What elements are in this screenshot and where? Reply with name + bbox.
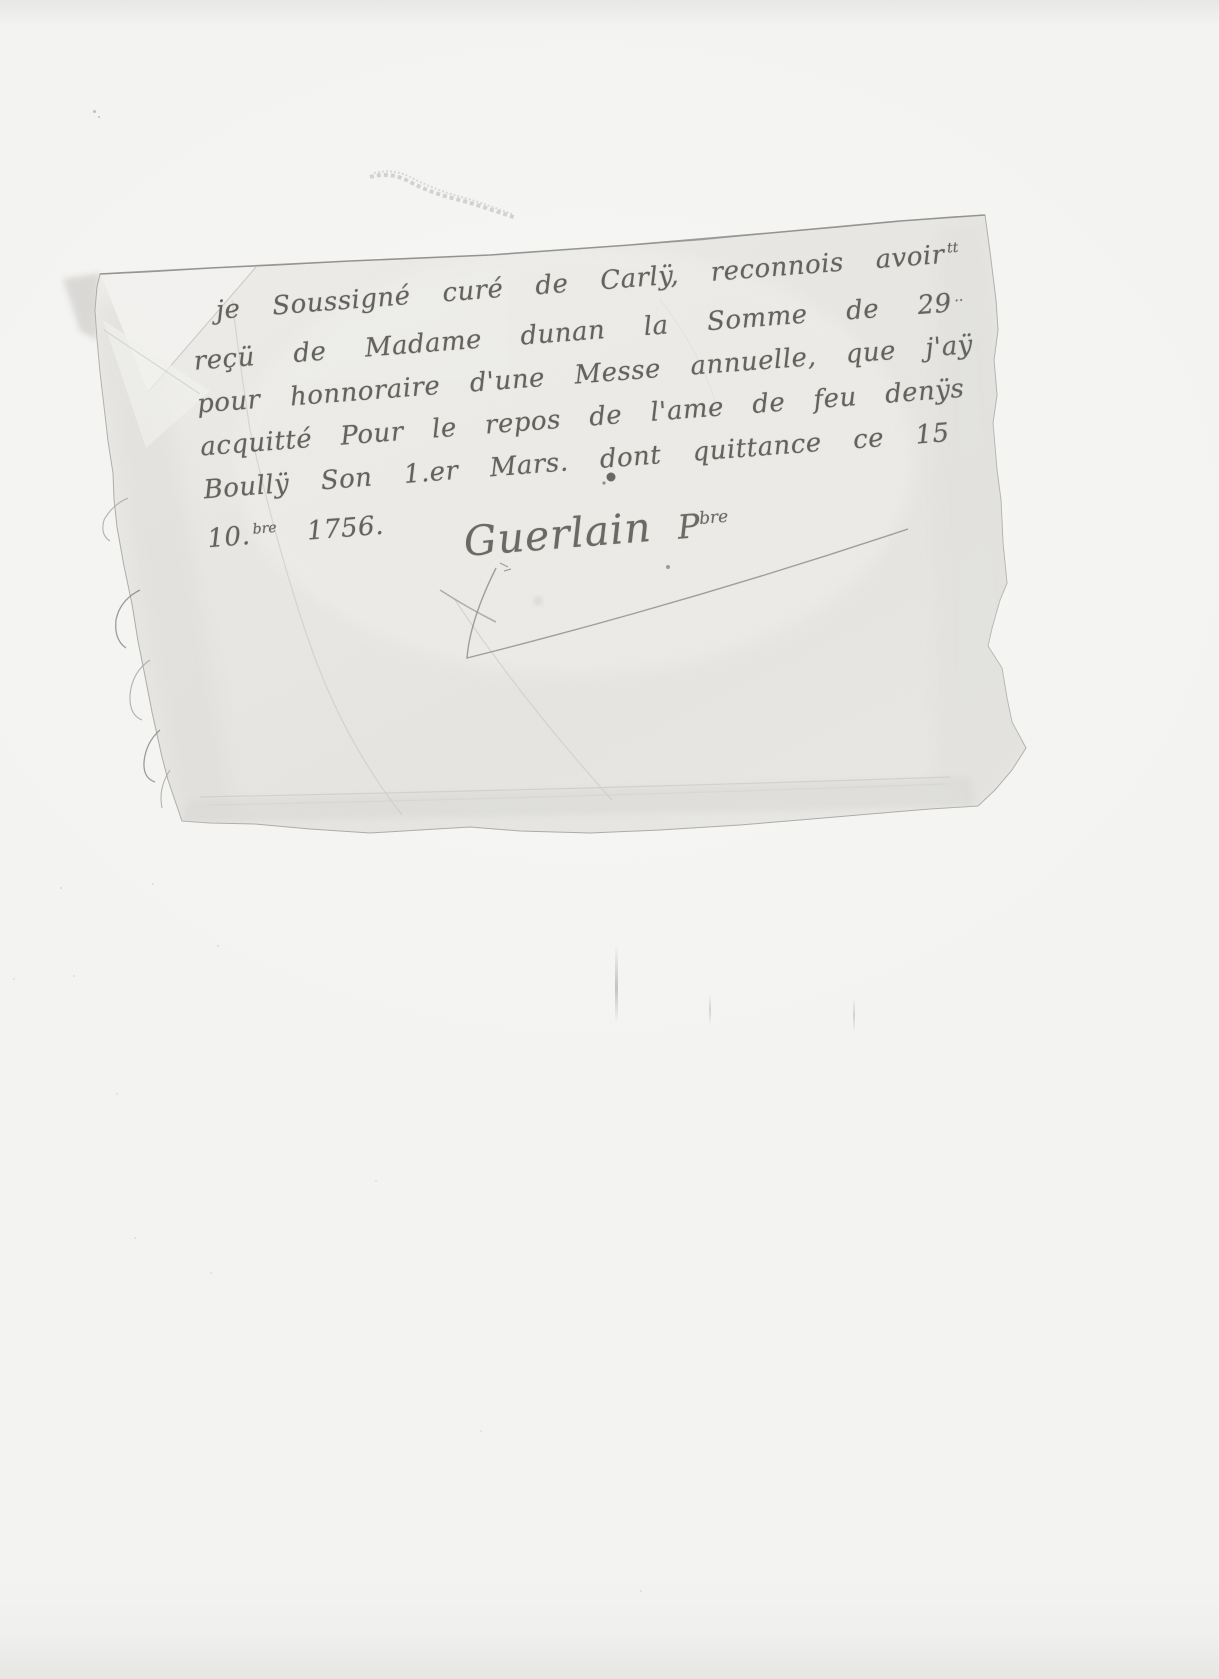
superscript-abbreviation: .. — [954, 289, 964, 306]
pencil-scribble — [370, 171, 516, 218]
date-month-abbrev: 10. — [206, 521, 251, 554]
superscript-abbreviation: bre — [252, 520, 277, 538]
date-year: 1756. — [306, 511, 385, 547]
scan-speck — [375, 1180, 377, 1182]
scan-speck — [210, 1272, 212, 1274]
scan-speck — [73, 975, 75, 977]
signature-title: Pbre — [676, 504, 730, 547]
scan-streak — [615, 945, 618, 1023]
scanner-background: je Soussigné curé de Carlÿ, reconnois av… — [0, 0, 1219, 1679]
scan-speck — [640, 1590, 642, 1592]
scan-speck — [98, 116, 100, 118]
scan-speck — [152, 883, 154, 885]
scan-streak — [709, 995, 711, 1025]
scan-speck — [13, 978, 15, 980]
superscript-abbreviation: tt — [946, 240, 958, 257]
scan-speck — [217, 945, 219, 947]
scan-streak — [853, 998, 855, 1032]
scan-speck — [134, 1237, 136, 1239]
scan-speck — [480, 1430, 482, 1432]
corner-shadow — [63, 273, 100, 340]
scan-speck — [116, 1093, 118, 1095]
scan-speck — [93, 110, 96, 113]
scan-speck — [60, 887, 62, 889]
